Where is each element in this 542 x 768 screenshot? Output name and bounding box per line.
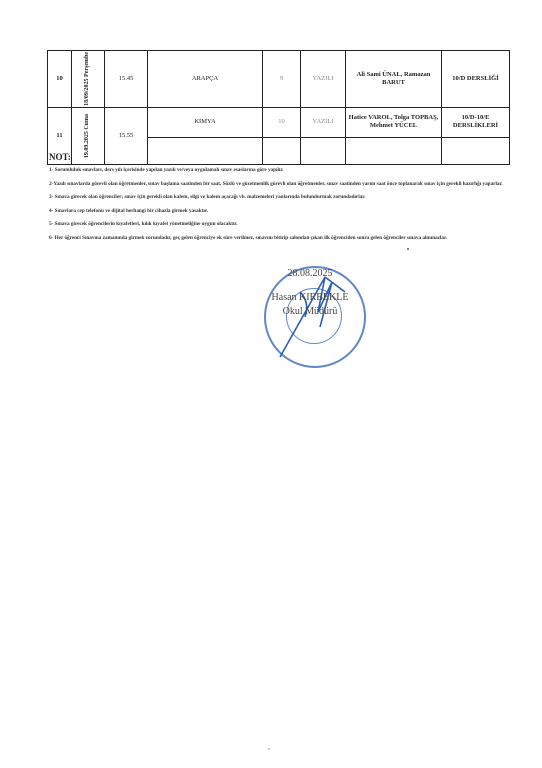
principal-name: Hasan KIRBEKLE bbox=[240, 292, 380, 303]
course-name: ARAPÇA bbox=[148, 51, 263, 108]
table-row: 11 19.09.2025 Cuma 15.55 KİMYA 10 YAZILI… bbox=[48, 107, 510, 137]
note-item: 5- Sınava girecek öğrencilerin kıyafetle… bbox=[49, 221, 509, 229]
note-item: 1- Sorumluluk sınavları, ders yılı içeri… bbox=[49, 167, 509, 175]
exam-room: 10/D-10/E DERSLİKLERİ bbox=[442, 107, 510, 137]
note-item: 2-Yazılı sınavlarda görevli olan öğretme… bbox=[49, 181, 509, 189]
signature-icon bbox=[270, 272, 350, 362]
exam-type: YAZILI bbox=[301, 51, 346, 108]
page-mark bbox=[268, 748, 270, 750]
exam-time: 15.45 bbox=[105, 51, 148, 108]
exam-schedule-table: 10 18/09/2025 Perşembe 15.45 ARAPÇA 9 YA… bbox=[47, 50, 510, 165]
exam-date-cell: 18/09/2025 Perşembe bbox=[72, 51, 105, 108]
note-item: 3- Sınava girecek olan öğrenciler; sınav… bbox=[49, 194, 509, 202]
principal-title: Okul Müdürü bbox=[240, 306, 380, 317]
note-item: 4- Sınavlara cep telefonu ve dijital her… bbox=[49, 208, 509, 216]
signature-block: 28.08.2025 Hasan KIRBEKLE Okul Müdürü bbox=[240, 262, 380, 382]
stray-mark bbox=[407, 248, 409, 250]
notes-section: NOT: 1- Sorumluluk sınavları, ders yılı … bbox=[49, 152, 509, 248]
table-row: 10 18/09/2025 Perşembe 15.45 ARAPÇA 9 YA… bbox=[48, 51, 510, 108]
signature-date: 28.08.2025 bbox=[240, 268, 380, 279]
exam-date: 18/09/2025 Perşembe bbox=[84, 52, 92, 106]
proctor-teachers: Hatice VAROL, Tolga TOPBAŞ, Mehmet YÜCEL bbox=[346, 107, 442, 137]
proctor-teachers: Ali Sami ÜNAL, Ramazan BARUT bbox=[346, 51, 442, 108]
exam-type: YAZILI bbox=[301, 107, 346, 137]
row-number: 10 bbox=[48, 51, 72, 108]
grade-level: 9 bbox=[263, 51, 301, 108]
grade-level: 10 bbox=[263, 107, 301, 137]
note-item: 6- Her öğrenci Sınavına zamanında girmek… bbox=[49, 235, 509, 243]
exam-room: 10/D DERSLİĞİ bbox=[442, 51, 510, 108]
course-name: KİMYA bbox=[148, 107, 263, 137]
notes-title: NOT: bbox=[49, 152, 509, 162]
